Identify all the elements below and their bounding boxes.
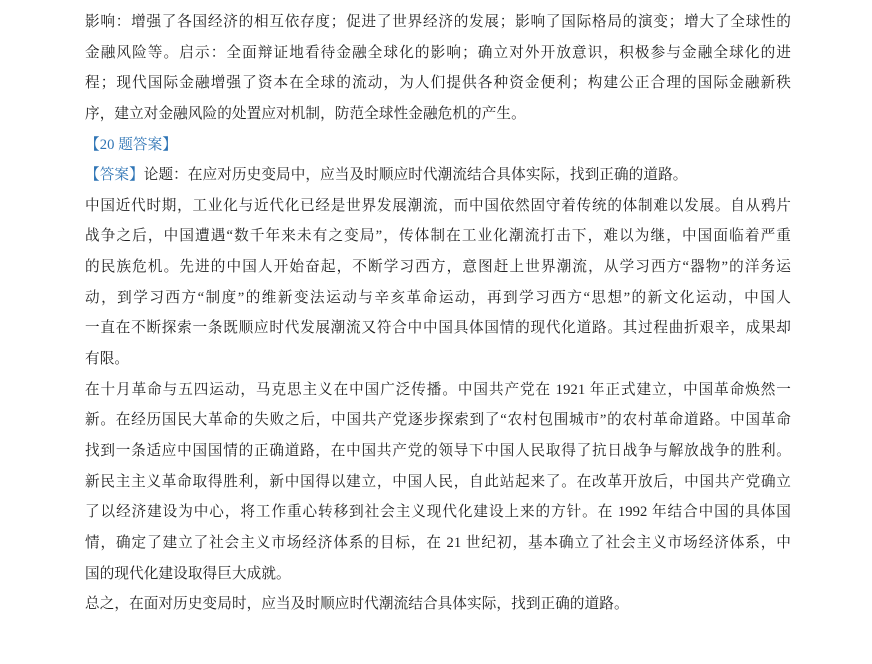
- answer-label: 【答案】: [85, 167, 144, 183]
- text-line: 一直在不断探索一条既顺应时代发展潮流又符合中中国具体国情的现代化道路。其过程曲折…: [85, 313, 791, 344]
- text-line: 【答案】论题：在应对历史变局中，应当及时顺应时代潮流结合具体实际，找到正确的道路…: [85, 160, 791, 191]
- document-body: 影响：增强了各国经济的相互依存度；促进了世界经济的发展；影响了国际格局的演变；增…: [85, 7, 791, 620]
- text-line: 找到一条适应中国国情的正确道路，在中国共产党的领导下中国人民取得了抗日战争与解放…: [85, 436, 791, 467]
- line-text: 新。在经历国民大革命的失败之后，中国共产党逐步探索到了“农村包围城市”的农村革命…: [85, 412, 791, 428]
- text-line: 新民主主义革命取得胜利，新中国得以建立，中国人民，自此站起来了。在改革开放后，中…: [85, 467, 791, 498]
- line-text: 论题：在应对历史变局中，应当及时顺应时代潮流结合具体实际，找到正确的道路。: [144, 167, 688, 183]
- line-text: 国的现代化建设取得巨大成就。: [85, 566, 291, 582]
- line-text: 中国近代时期，工业化与近代化已经是世界发展潮流，而中国依然固守着传统的体制难以发…: [85, 198, 791, 214]
- line-text: 序，建立对金融风险的处置应对机制，防范全球性金融危机的产生。: [85, 106, 526, 122]
- text-line: 在十月革命与五四运动，马克思主义在中国广泛传播。中国共产党在 1921 年正式建…: [85, 375, 791, 406]
- text-line: 总之，在面对历史变局时，应当及时顺应时代潮流结合具体实际，找到正确的道路。: [85, 589, 791, 620]
- text-line: 新。在经历国民大革命的失败之后，中国共产党逐步探索到了“农村包围城市”的农村革命…: [85, 405, 791, 436]
- text-line: 了以经济建设为中心，将工作重心转移到社会主义现代化建设上来的方针。在 1992 …: [85, 497, 791, 528]
- text-line: 金融风险等。启示：全面辩证地看待金融全球化的影响；确立对外开放意识，积极参与金融…: [85, 38, 791, 69]
- text-line: 有限。: [85, 344, 791, 375]
- text-line: 的民族危机。先进的中国人开始奋起，不断学习西方，意图赶上世界潮流，从学习西方“器…: [85, 252, 791, 283]
- text-line: 【20 题答案】: [85, 130, 791, 161]
- line-text: 找到一条适应中国国情的正确道路，在中国共产党的领导下中国人民取得了抗日战争与解放…: [85, 443, 791, 459]
- line-text: 了以经济建设为中心，将工作重心转移到社会主义现代化建设上来的方针。在 1992 …: [85, 504, 791, 520]
- text-line: 序，建立对金融风险的处置应对机制，防范全球性金融危机的产生。: [85, 99, 791, 130]
- line-text: 在十月革命与五四运动，马克思主义在中国广泛传播。中国共产党在 1921 年正式建…: [85, 382, 791, 398]
- line-text: 有限。: [85, 351, 129, 367]
- line-text: 金融风险等。启示：全面辩证地看待金融全球化的影响；确立对外开放意识，积极参与金融…: [85, 45, 791, 61]
- line-text: 一直在不断探索一条既顺应时代发展潮流又符合中中国具体国情的现代化道路。其过程曲折…: [85, 320, 791, 336]
- text-line: 影响：增强了各国经济的相互依存度；促进了世界经济的发展；影响了国际格局的演变；增…: [85, 7, 791, 38]
- text-line: 动，到学习西方“制度”的维新变法运动与辛亥革命运动，再到学习西方“思想”的新文化…: [85, 283, 791, 314]
- line-text: 战争之后，中国遭遇“数千年来未有之变局”，传体制在工业化潮流打击下，难以为继，中…: [85, 228, 791, 244]
- line-text: 影响：增强了各国经济的相互依存度；促进了世界经济的发展；影响了国际格局的演变；增…: [85, 14, 791, 30]
- answer-label: 【20 题答案】: [85, 137, 177, 153]
- text-line: 程；现代国际金融增强了资本在全球的流动，为人们提供各种资金便利；构建公正合理的国…: [85, 68, 791, 99]
- document-page: 影响：增强了各国经济的相互依存度；促进了世界经济的发展；影响了国际格局的演变；增…: [85, 7, 791, 620]
- line-text: 动，到学习西方“制度”的维新变法运动与辛亥革命运动，再到学习西方“思想”的新文化…: [85, 290, 791, 306]
- text-line: 国的现代化建设取得巨大成就。: [85, 559, 791, 590]
- text-line: 中国近代时期，工业化与近代化已经是世界发展潮流，而中国依然固守着传统的体制难以发…: [85, 191, 791, 222]
- text-line: 战争之后，中国遭遇“数千年来未有之变局”，传体制在工业化潮流打击下，难以为继，中…: [85, 221, 791, 252]
- text-line: 情，确定了建立了社会主义市场经济体系的目标，在 21 世纪初，基本确立了社会主义…: [85, 528, 791, 559]
- line-text: 新民主主义革命取得胜利，新中国得以建立，中国人民，自此站起来了。在改革开放后，中…: [85, 474, 791, 490]
- line-text: 程；现代国际金融增强了资本在全球的流动，为人们提供各种资金便利；构建公正合理的国…: [85, 75, 791, 91]
- line-text: 情，确定了建立了社会主义市场经济体系的目标，在 21 世纪初，基本确立了社会主义…: [85, 535, 791, 551]
- line-text: 的民族危机。先进的中国人开始奋起，不断学习西方，意图赶上世界潮流，从学习西方“器…: [85, 259, 791, 275]
- line-text: 总之，在面对历史变局时，应当及时顺应时代潮流结合具体实际，找到正确的道路。: [85, 596, 629, 612]
